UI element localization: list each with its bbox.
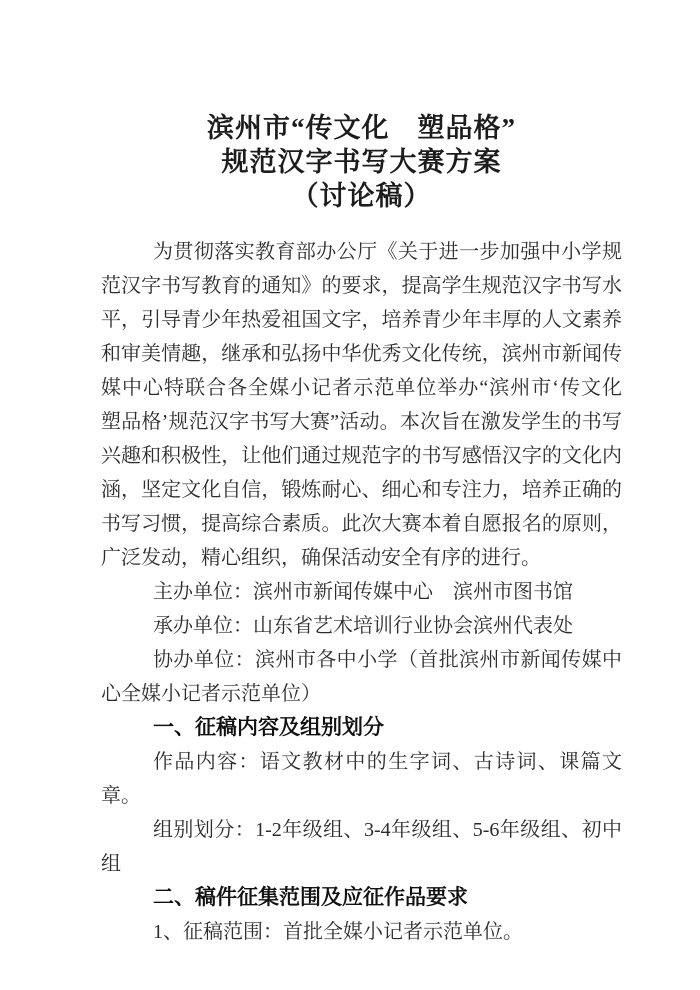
body-paragraph: 承办单位：山东省艺术培训行业协会滨州代表处 [101, 609, 622, 643]
title-line-1: 滨州市“传文化 塑品格” [101, 111, 622, 145]
document-title: 滨州市“传文化 塑品格” 规范汉字书写大赛方案 （讨论稿） [101, 111, 622, 213]
document-content: 滨州市“传文化 塑品格” 规范汉字书写大赛方案 （讨论稿） 为贯彻落实教育部办公… [101, 111, 622, 949]
body-paragraph: 作品内容：语文教材中的生字词、古诗词、课篇文章。 [101, 745, 622, 813]
title-line-2: 规范汉字书写大赛方案 [101, 145, 622, 179]
body-paragraph: 1、征稿范围：首批全媒小记者示范单位。 [101, 915, 622, 949]
body-paragraph: 主办单位：滨州市新闻传媒中心 滨州市图书馆 [101, 575, 622, 609]
section-heading: 二、稿件征集范围及应征作品要求 [101, 881, 622, 915]
body-paragraph: 组别划分：1-2年级组、3-4年级组、5-6年级组、初中组 [101, 813, 622, 881]
section-heading: 一、征稿内容及组别划分 [101, 711, 622, 745]
title-line-3: （讨论稿） [101, 179, 622, 213]
body-paragraph: 协办单位：滨州市各中小学（首批滨州市新闻传媒中心全媒小记者示范单位） [101, 643, 622, 711]
document-body: 为贯彻落实教育部办公厅《关于进一步加强中小学规范汉字书写教育的通知》的要求，提高… [101, 235, 622, 949]
body-paragraph: 为贯彻落实教育部办公厅《关于进一步加强中小学规范汉字书写教育的通知》的要求，提高… [101, 235, 622, 575]
document-page: 滨州市“传文化 塑品格” 规范汉字书写大赛方案 （讨论稿） 为贯彻落实教育部办公… [0, 0, 700, 990]
